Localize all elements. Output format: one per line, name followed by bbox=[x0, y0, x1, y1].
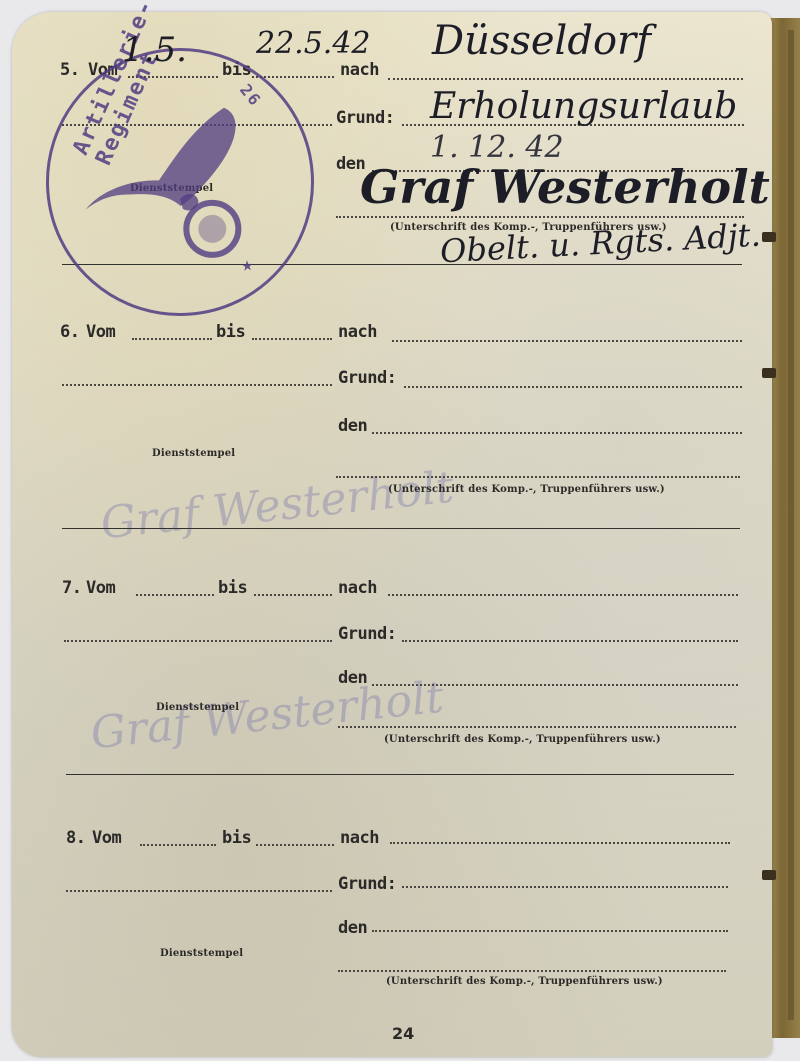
star-icon: ★ bbox=[241, 258, 255, 275]
nach-field-line[interactable] bbox=[390, 842, 730, 844]
section-divider bbox=[66, 774, 734, 775]
entry-number: 5. bbox=[60, 60, 79, 80]
vom-field-line[interactable] bbox=[136, 594, 214, 596]
grund-label: Grund: bbox=[336, 108, 394, 128]
nach-label: nach bbox=[338, 322, 377, 342]
den-field-line[interactable] bbox=[372, 432, 742, 434]
dienststempel-label: Dienststempel bbox=[156, 702, 239, 713]
signature-caption: (Unterschrift des Komp.-, Truppenführers… bbox=[384, 734, 661, 745]
signature-line[interactable] bbox=[336, 216, 744, 218]
den-field-line[interactable] bbox=[372, 684, 738, 686]
grund-label: Grund: bbox=[338, 874, 396, 894]
bis-label: bis bbox=[222, 828, 251, 848]
grund-handwritten: Erholungsurlaub bbox=[430, 86, 737, 127]
bis-label: bis bbox=[218, 578, 247, 598]
nach-handwritten: Düsseldorf bbox=[432, 18, 651, 64]
vom-field-line[interactable] bbox=[132, 338, 212, 340]
signature-caption: (Unterschrift des Komp.-, Truppenführers… bbox=[386, 976, 663, 987]
den-label: den bbox=[338, 668, 367, 688]
page-tear bbox=[762, 368, 776, 378]
signature-caption: (Unterschrift des Komp.-, Truppenführers… bbox=[388, 484, 665, 495]
grund-label: Grund: bbox=[338, 624, 396, 644]
bis-field-line[interactable] bbox=[256, 844, 334, 846]
vom-label: Vom bbox=[86, 322, 115, 342]
den-field-line[interactable] bbox=[372, 930, 728, 932]
page-tear bbox=[762, 870, 776, 880]
grund-label: Grund: bbox=[338, 368, 396, 388]
vom-handwritten: 1.5. bbox=[122, 30, 187, 70]
page-number: 24 bbox=[392, 1024, 414, 1043]
signature-line[interactable] bbox=[338, 726, 736, 728]
nach-continuation-line[interactable] bbox=[64, 640, 332, 642]
vom-label: Vom bbox=[86, 578, 115, 598]
officer-signature: Graf Westerholt bbox=[360, 160, 770, 214]
den-label: den bbox=[338, 416, 367, 436]
eagle-icon bbox=[73, 84, 284, 268]
section-divider bbox=[62, 528, 740, 529]
dienststempel-label: Dienststempel bbox=[160, 948, 243, 959]
nach-label: nach bbox=[338, 578, 377, 598]
nach-continuation-line[interactable] bbox=[66, 890, 332, 892]
nach-continuation-line[interactable] bbox=[62, 384, 332, 386]
bis-field-line[interactable] bbox=[254, 594, 332, 596]
nach-label: nach bbox=[340, 828, 379, 848]
bis-label: bis bbox=[216, 322, 245, 342]
nach-field-line[interactable] bbox=[388, 78, 743, 80]
dienststempel-label: Dienststempel bbox=[152, 448, 235, 459]
page-tear bbox=[762, 232, 776, 242]
den-label: den bbox=[338, 918, 367, 938]
grund-field-line[interactable] bbox=[404, 386, 742, 388]
entry-number: 7. bbox=[62, 578, 81, 598]
vom-field-line[interactable] bbox=[140, 844, 216, 846]
bis-field-line[interactable] bbox=[252, 338, 332, 340]
grund-field-line[interactable] bbox=[402, 640, 738, 642]
entry-number: 8. bbox=[66, 828, 85, 848]
signature-line[interactable] bbox=[338, 970, 726, 972]
nach-field-line[interactable] bbox=[392, 340, 742, 342]
signature-line[interactable] bbox=[336, 476, 740, 478]
cover-crease bbox=[788, 30, 794, 1020]
nach-field-line[interactable] bbox=[388, 594, 738, 596]
vom-label: Vom bbox=[92, 828, 121, 848]
grund-field-line[interactable] bbox=[402, 886, 728, 888]
nach-label: nach bbox=[340, 60, 379, 80]
bis-handwritten: 22.5.42 bbox=[256, 26, 371, 61]
entry-number: 6. bbox=[60, 322, 79, 342]
